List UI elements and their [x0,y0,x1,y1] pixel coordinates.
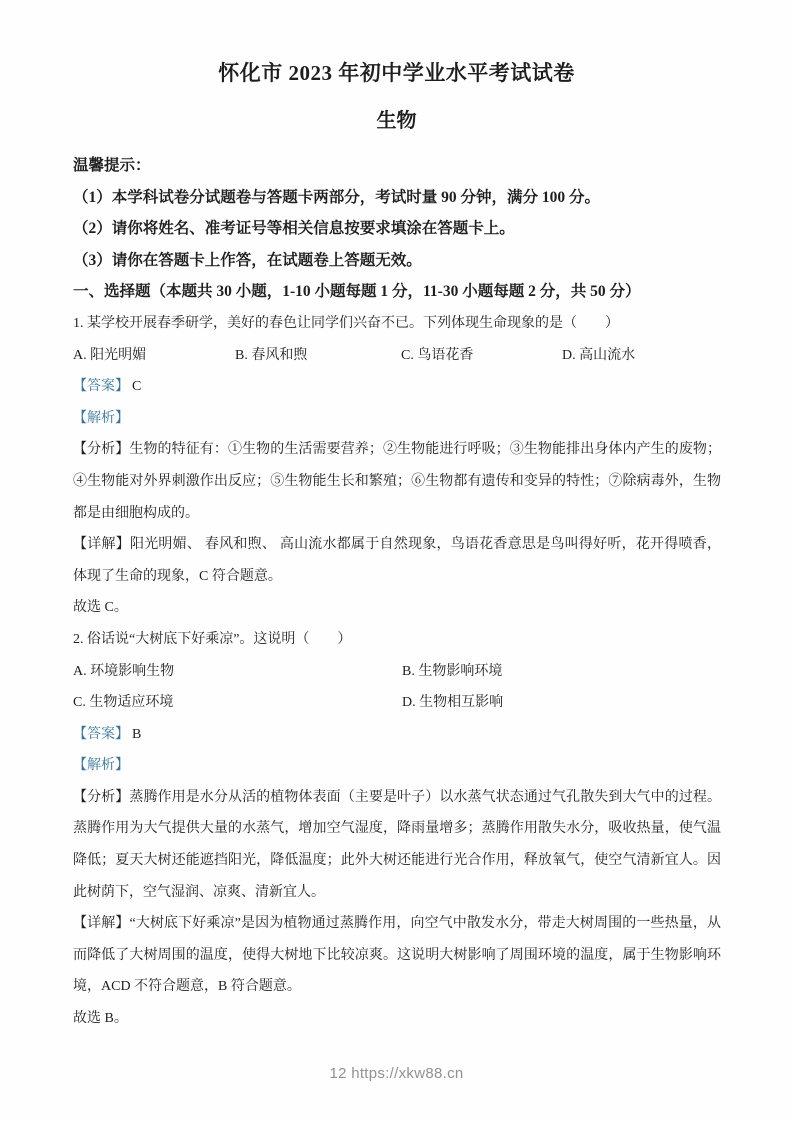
tips-heading: 温馨提示： [73,150,721,182]
option-b: B. 春风和煦 [235,340,401,372]
options-row-1: A. 环境影响生物 B. 生物影响环境 [73,656,721,688]
explain-label: 【解析】 [73,411,129,426]
subject-title: 生物 [0,104,793,138]
tip-item-1: （1）本学科试卷分试题卷与答题卡两部分，考试时量 90 分钟，满分 100 分。 [73,182,721,214]
analysis-paragraph: 【分析】蒸腾作用是水分从活的植物体表面（主要是叶子）以水蒸气状态通过气孔散失到大… [73,782,721,908]
conclusion-paragraph: 故选 C。 [73,592,721,624]
answer-label: 【答案】 [73,379,129,394]
conclusion-paragraph: 故选 B。 [73,1003,721,1035]
page-title: 怀化市 2023 年初中学业水平考试试卷 [0,0,793,90]
detail-paragraph: 【详解】阳光明媚、 春风和煦、 高山流水都属于自然现象，鸟语花香意思是鸟叫得好听… [73,529,721,592]
answer-value: C [132,379,141,394]
options-row: A. 阳光明媚 B. 春风和煦 C. 鸟语花香 D. 高山流水 [73,340,721,372]
document-body: 温馨提示： （1）本学科试卷分试题卷与答题卡两部分，考试时量 90 分钟，满分 … [73,150,721,1035]
answer-line: 【答案】B [73,719,721,751]
explain-label: 【解析】 [73,758,129,773]
option-c: C. 生物适应环境 [73,687,402,719]
option-b: B. 生物影响环境 [402,656,721,688]
question-2: 2. 俗话说“大树底下好乘凉”。这说明（ ） A. 环境影响生物 B. 生物影响… [73,624,721,1035]
options-row-2: C. 生物适应环境 D. 生物相互影响 [73,687,721,719]
option-a: A. 环境影响生物 [73,656,402,688]
question-stem: 1. 某学校开展春季研学，美好的春色让同学们兴奋不已。下列体现生命现象的是（ ） [73,308,721,340]
answer-line: 【答案】C [73,371,721,403]
section-heading: 一、选择题（本题共 30 小题，1-10 小题每题 1 分，11-30 小题每题… [73,276,721,308]
footer-page-url: 12 https://xkw88.cn [0,1065,793,1082]
option-a: A. 阳光明媚 [73,340,235,372]
option-d: D. 高山流水 [562,340,721,372]
answer-label: 【答案】 [73,727,129,742]
answer-value: B [132,727,141,742]
question-stem: 2. 俗话说“大树底下好乘凉”。这说明（ ） [73,624,721,656]
question-1: 1. 某学校开展春季研学，美好的春色让同学们兴奋不已。下列体现生命现象的是（ ）… [73,308,721,624]
detail-paragraph: 【详解】“大树底下好乘凉”是因为植物通过蒸腾作用，向空气中散发水分，带走大树周围… [73,908,721,1003]
tip-item-2: （2）请你将姓名、准考证号等相关信息按要求填涂在答题卡上。 [73,213,721,245]
option-c: C. 鸟语花香 [401,340,562,372]
exam-paper-page: 怀化市 2023 年初中学业水平考试试卷 生物 温馨提示： （1）本学科试卷分试… [0,0,793,1122]
explain-line: 【解析】 [73,403,721,435]
explain-line: 【解析】 [73,750,721,782]
tip-item-3: （3）请你在答题卡上作答，在试题卷上答题无效。 [73,245,721,277]
analysis-paragraph: 【分析】生物的特征有：①生物的生活需要营养；②生物能进行呼吸；③生物能排出身体内… [73,434,721,529]
option-d: D. 生物相互影响 [402,687,721,719]
